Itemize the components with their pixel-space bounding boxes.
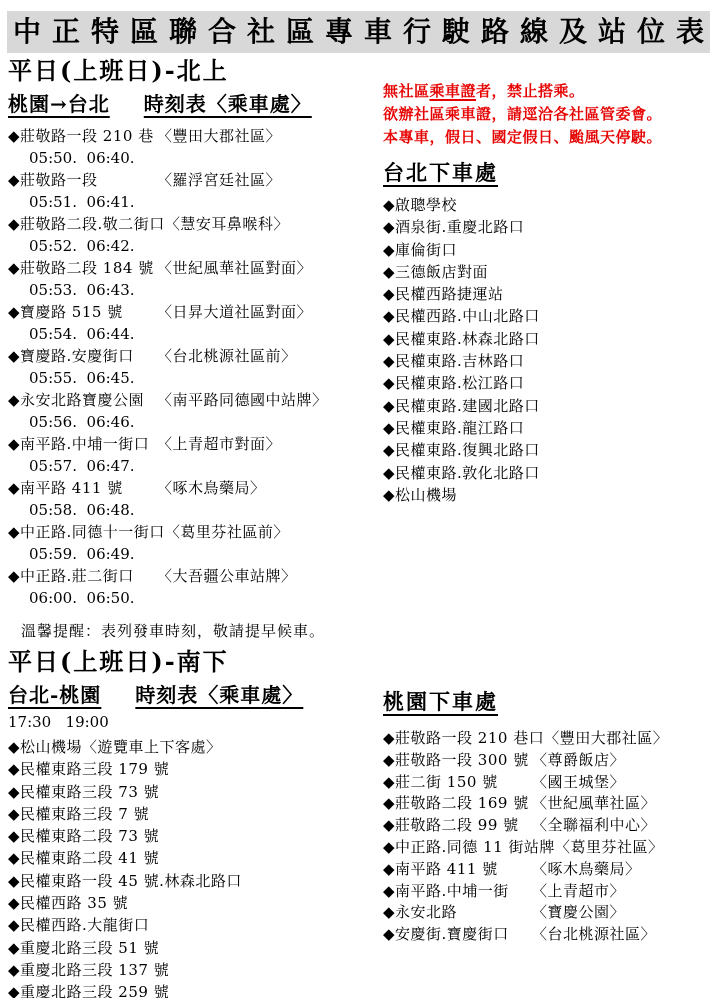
- stop-landmark: 〈台北桃源社區〉: [532, 924, 656, 946]
- taoyuan-dropoff-list: ◆莊敬路一段 210 巷口 〈豐田大郡社區〉 ◆莊敬路一段 300 號 〈尊爵飯…: [383, 728, 710, 946]
- stop-name: ◆莊敬路一段 210 巷口: [383, 728, 544, 750]
- stop-entry: ◆寶慶路 515 號 〈日昇大道社區對面〉 05:54. 06:44.: [8, 301, 380, 345]
- stop-name: ◆永安北路: [383, 902, 532, 924]
- stop-times: 05:54. 06:44.: [8, 323, 380, 345]
- stop-name: ◆寶慶路 515 號: [8, 301, 157, 323]
- notice-line-1-post: 者，禁止搭乘。: [476, 82, 585, 100]
- dropoff-stop: ◆民權東路.吉林路口: [383, 350, 710, 372]
- dropoff-stop-row: ◆莊敬路二段 99 號 〈全聯福利中心〉: [383, 815, 710, 837]
- stop-landmark: 〈世紀風華社區對面〉: [157, 257, 312, 279]
- stop-landmark: 〈豐田大郡社區〉: [157, 125, 281, 147]
- stop-landmark: 〈慧安耳鼻喉科〉: [165, 213, 289, 235]
- stop-entry: ◆莊敬路二段 184 號 〈世紀風華社區對面〉 05:53. 06:43.: [8, 257, 380, 301]
- pickup-stop: ◆重慶北路三段 137 號: [8, 959, 380, 981]
- stop-name: ◆南平路.中埔一街口: [8, 433, 157, 455]
- stop-name: ◆莊敬路一段: [8, 169, 157, 191]
- dropoff-stop-row: ◆中正路.同德 11 街站牌 〈葛里芬社區〉: [383, 837, 710, 859]
- dropoff-stop: ◆啟聰學校: [383, 194, 710, 216]
- southbound-stop-list: ◆松山機場〈遊覽車上下客處〉◆民權東路三段 179 號◆民權東路三段 73 號◆…: [8, 736, 380, 998]
- stop-times: 05:50. 06:40.: [8, 147, 380, 169]
- northbound-subheader: 桃園→台北時刻表〈乘車處〉: [8, 89, 380, 119]
- document-title: 中正特區聯合社區專車行駛路線及站位表: [7, 11, 710, 53]
- pickup-stop: ◆民權東路三段 73 號: [8, 781, 380, 803]
- southbound-subheader: 台北-桃園時刻表〈乘車處〉: [8, 680, 380, 710]
- stop-landmark: 〈豐田大郡社區〉: [544, 728, 668, 750]
- southbound-route: 台北-桃園: [8, 683, 101, 707]
- dropoff-stop: ◆庫倫街口: [383, 239, 710, 261]
- stop-name: ◆安慶街.寶慶街口: [383, 924, 532, 946]
- stop-landmark: 〈台北桃源社區前〉: [157, 345, 297, 367]
- stop-entry: ◆中正路.同德十一街口 〈葛里芬社區前〉 05:59. 06:49.: [8, 521, 380, 565]
- stop-name: ◆莊敬路一段 300 號: [383, 750, 532, 772]
- stop-times: 05:59. 06:49.: [8, 543, 380, 565]
- stop-name: ◆莊敬路二段 169 號: [383, 793, 532, 815]
- pickup-stop: ◆民權東路二段 41 號: [8, 847, 380, 869]
- notice-line-1-underlined: 乘車證: [430, 82, 477, 100]
- pickup-stop: ◆民權東路三段 179 號: [8, 758, 380, 780]
- northbound-heading: 平日(上班日)-北上: [8, 54, 380, 87]
- notice-block: 無社區乘車證者，禁止搭乘。 欲辦社區乘車證，請逕洽各社區管委會。 本專車，假日、…: [383, 80, 710, 149]
- stop-line: ◆中正路.莊二街口 〈大吾疆公車站牌〉: [8, 565, 380, 587]
- dropoff-stop-row: ◆永安北路 〈寶慶公園〉: [383, 902, 710, 924]
- stop-entry: ◆莊敬路二段.敬二街口 〈慧安耳鼻喉科〉 05:52. 06:42.: [8, 213, 380, 257]
- stop-landmark: 〈上青超市對面〉: [157, 433, 281, 455]
- dropoff-stop: ◆民權東路.林森北路口: [383, 328, 710, 350]
- stop-landmark: 〈上青超市〉: [532, 881, 625, 903]
- pickup-stop: ◆重慶北路三段 51 號: [8, 937, 380, 959]
- stop-landmark: 〈葛里芬社區前〉: [165, 521, 289, 543]
- stop-name: ◆莊二街 150 號: [383, 772, 532, 794]
- stop-times: 05:56. 06:46.: [8, 411, 380, 433]
- southbound-heading: 平日(上班日)-南下: [8, 645, 380, 678]
- stop-times: 05:51. 06:41.: [8, 191, 380, 213]
- reminder-note: 溫馨提醒：表列發車時刻，敬請提早候車。: [8, 620, 380, 641]
- stop-entry: ◆莊敬路一段 210 巷 〈豐田大郡社區〉 05:50. 06:40.: [8, 125, 380, 169]
- dropoff-stop-row: ◆莊敬路一段 210 巷口 〈豐田大郡社區〉: [383, 728, 710, 750]
- northbound-section: 平日(上班日)-北上 桃園→台北時刻表〈乘車處〉 ◆莊敬路一段 210 巷 〈豐…: [8, 54, 380, 641]
- stop-entry: ◆莊敬路一段 〈羅浮宮廷社區〉 05:51. 06:41.: [8, 169, 380, 213]
- stop-name: ◆南平路 411 號: [8, 477, 157, 499]
- stop-name: ◆永安北路寶慶公園: [8, 389, 157, 411]
- stop-name: ◆中正路.莊二街口: [8, 565, 157, 587]
- dropoff-stop: ◆民權東路.松江路口: [383, 372, 710, 394]
- dropoff-stop: ◆松山機場: [383, 484, 710, 506]
- stop-landmark: 〈日昇大道社區對面〉: [157, 301, 312, 323]
- notice-line-2: 欲辦社區乘車證，請逕洽各社區管委會。: [383, 103, 710, 126]
- dropoff-stop: ◆民權西路.中山北路口: [383, 305, 710, 327]
- stop-landmark: 〈葛里芬社區〉: [555, 837, 664, 859]
- pickup-stop: ◆松山機場〈遊覽車上下客處〉: [8, 736, 380, 758]
- stop-line: ◆南平路.中埔一街口 〈上青超市對面〉: [8, 433, 380, 455]
- southbound-departure-times: 17:30 19:00: [8, 711, 380, 733]
- dropoff-stop: ◆民權東路.敦化北路口: [383, 462, 710, 484]
- taoyuan-dropoff-heading: 桃園下車處: [383, 688, 498, 716]
- stop-line: ◆中正路.同德十一街口 〈葛里芬社區前〉: [8, 521, 380, 543]
- stop-line: ◆寶慶路 515 號 〈日昇大道社區對面〉: [8, 301, 380, 323]
- dropoff-stop-row: ◆南平路 411 號 〈啄木鳥藥局〉: [383, 859, 710, 881]
- taipei-dropoff-list: ◆啟聰學校◆酒泉街.重慶北路口◆庫倫街口◆三德飯店對面◆民權西路捷運站◆民權西路…: [383, 194, 710, 506]
- notice-line-1: 無社區乘車證者，禁止搭乘。: [383, 80, 710, 103]
- pickup-stop: ◆重慶北路三段 259 號: [8, 981, 380, 998]
- stop-landmark: 〈全聯福利中心〉: [532, 815, 656, 837]
- stop-landmark: 〈世紀風華社區〉: [532, 793, 656, 815]
- dropoff-stop-row: ◆莊敬路二段 169 號 〈世紀風華社區〉: [383, 793, 710, 815]
- dropoff-stop: ◆民權東路.龍江路口: [383, 417, 710, 439]
- stop-name: ◆中正路.同德十一街口: [8, 521, 165, 543]
- stop-landmark: 〈南平路同德國中站牌〉: [157, 389, 328, 411]
- taoyuan-dropoff-section: 桃園下車處 ◆莊敬路一段 210 巷口 〈豐田大郡社區〉 ◆莊敬路一段 300 …: [383, 678, 710, 946]
- stop-name: ◆中正路.同德 11 街站牌: [383, 837, 555, 859]
- stop-times: 05:55. 06:45.: [8, 367, 380, 389]
- dropoff-stop: ◆三德飯店對面: [383, 261, 710, 283]
- notices-and-taipei-dropoff: 無社區乘車證者，禁止搭乘。 欲辦社區乘車證，請逕洽各社區管委會。 本專車，假日、…: [383, 80, 710, 506]
- stop-line: ◆南平路 411 號 〈啄木鳥藥局〉: [8, 477, 380, 499]
- stop-times: 05:53. 06:43.: [8, 279, 380, 301]
- stop-name: ◆寶慶路.安慶街口: [8, 345, 157, 367]
- stop-entry: ◆中正路.莊二街口 〈大吾疆公車站牌〉 06:00. 06:50.: [8, 565, 380, 609]
- stop-landmark: 〈啄木鳥藥局〉: [157, 477, 266, 499]
- stop-entry: ◆南平路.中埔一街口 〈上青超市對面〉 05:57. 06:47.: [8, 433, 380, 477]
- stop-times: 05:57. 06:47.: [8, 455, 380, 477]
- dropoff-stop-row: ◆莊二街 150 號 〈國王城堡〉: [383, 772, 710, 794]
- pickup-stop: ◆民權西路.大龍街口: [8, 914, 380, 936]
- stop-name: ◆莊敬路二段.敬二街口: [8, 213, 165, 235]
- northbound-stop-list: ◆莊敬路一段 210 巷 〈豐田大郡社區〉 05:50. 06:40. ◆莊敬路…: [8, 125, 380, 609]
- stop-times: 05:58. 06:48.: [8, 499, 380, 521]
- southbound-schedule-label: 時刻表〈乘車處〉: [135, 683, 303, 707]
- dropoff-stop-row: ◆南平路.中埔一街 〈上青超市〉: [383, 881, 710, 903]
- stop-name: ◆南平路 411 號: [383, 859, 532, 881]
- northbound-schedule-label: 時刻表〈乘車處〉: [144, 92, 312, 116]
- stop-line: ◆莊敬路一段 〈羅浮宮廷社區〉: [8, 169, 380, 191]
- stop-landmark: 〈啄木鳥藥局〉: [532, 859, 641, 881]
- stop-landmark: 〈寶慶公園〉: [532, 902, 625, 924]
- stop-entry: ◆南平路 411 號 〈啄木鳥藥局〉 05:58. 06:48.: [8, 477, 380, 521]
- taipei-dropoff-heading: 台北下車處: [383, 159, 498, 187]
- notice-line-1-pre: 無社區: [383, 82, 430, 100]
- pickup-stop: ◆民權東路三段 7 號: [8, 803, 380, 825]
- stop-line: ◆莊敬路二段 184 號 〈世紀風華社區對面〉: [8, 257, 380, 279]
- stop-landmark: 〈國王城堡〉: [532, 772, 625, 794]
- stop-times: 05:52. 06:42.: [8, 235, 380, 257]
- southbound-section: 平日(上班日)-南下 台北-桃園時刻表〈乘車處〉 17:30 19:00 ◆松山…: [8, 645, 380, 998]
- stop-name: ◆莊敬路二段 99 號: [383, 815, 532, 837]
- dropoff-stop-row: ◆莊敬路一段 300 號 〈尊爵飯店〉: [383, 750, 710, 772]
- stop-name: ◆莊敬路一段 210 巷: [8, 125, 157, 147]
- pickup-stop: ◆民權東路一段 45 號.林森北路口: [8, 870, 380, 892]
- dropoff-stop: ◆酒泉街.重慶北路口: [383, 216, 710, 238]
- stop-entry: ◆寶慶路.安慶街口 〈台北桃源社區前〉 05:55. 06:45.: [8, 345, 380, 389]
- stop-line: ◆莊敬路一段 210 巷 〈豐田大郡社區〉: [8, 125, 380, 147]
- stop-name: ◆南平路.中埔一街: [383, 881, 532, 903]
- stop-line: ◆永安北路寶慶公園 〈南平路同德國中站牌〉: [8, 389, 380, 411]
- stop-landmark: 〈大吾疆公車站牌〉: [157, 565, 297, 587]
- pickup-stop: ◆民權東路二段 73 號: [8, 825, 380, 847]
- notice-line-3: 本專車，假日、國定假日、颱風天停駛。: [383, 126, 710, 149]
- stop-line: ◆莊敬路二段.敬二街口 〈慧安耳鼻喉科〉: [8, 213, 380, 235]
- stop-landmark: 〈羅浮宮廷社區〉: [157, 169, 281, 191]
- northbound-route: 桃園→台北: [8, 92, 110, 116]
- dropoff-stop: ◆民權西路捷運站: [383, 283, 710, 305]
- dropoff-stop: ◆民權東路.復興北路口: [383, 439, 710, 461]
- stop-landmark: 〈尊爵飯店〉: [532, 750, 625, 772]
- stop-times: 06:00. 06:50.: [8, 587, 380, 609]
- dropoff-stop-row: ◆安慶街.寶慶街口 〈台北桃源社區〉: [383, 924, 710, 946]
- dropoff-stop: ◆民權東路.建國北路口: [383, 395, 710, 417]
- stop-entry: ◆永安北路寶慶公園 〈南平路同德國中站牌〉 05:56. 06:46.: [8, 389, 380, 433]
- pickup-stop: ◆民權西路 35 號: [8, 892, 380, 914]
- stop-name: ◆莊敬路二段 184 號: [8, 257, 157, 279]
- stop-line: ◆寶慶路.安慶街口 〈台北桃源社區前〉: [8, 345, 380, 367]
